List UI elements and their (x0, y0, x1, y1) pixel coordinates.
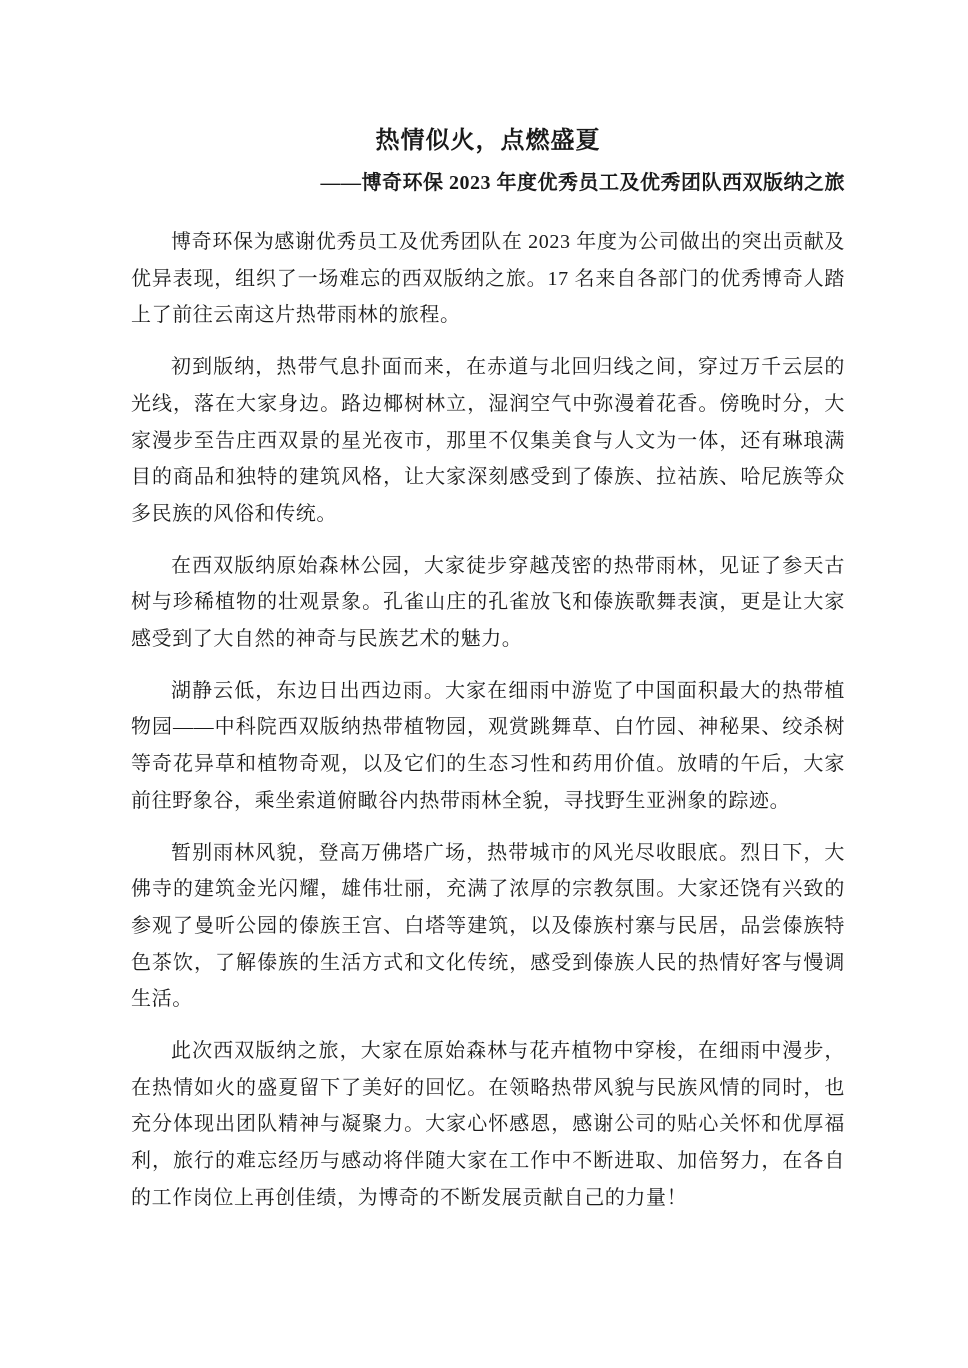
paragraph: 博奇环保为感谢优秀员工及优秀团队在 2023 年度为公司做出的突出贡献及优异表现… (131, 224, 845, 334)
paragraph: 暂别雨林风貌，登高万佛塔广场，热带城市的风光尽收眼底。烈日下，大佛寺的建筑金光闪… (131, 835, 845, 1019)
doc-body: 博奇环保为感谢优秀员工及优秀团队在 2023 年度为公司做出的突出贡献及优异表现… (131, 224, 845, 1217)
doc-title: 热情似火，点燃盛夏 (131, 126, 845, 157)
paragraph: 在西双版纳原始森林公园，大家徒步穿越茂密的热带雨林，见证了参天古树与珍稀植物的壮… (131, 548, 845, 658)
document-content: 热情似火，点燃盛夏 ——博奇环保 2023 年度优秀员工及优秀团队西双版纳之旅 … (131, 126, 845, 1232)
paragraph: 初到版纳，热带气息扑面而来，在赤道与北回归线之间，穿过万千云层的光线，落在大家身… (131, 349, 845, 533)
doc-subtitle: ——博奇环保 2023 年度优秀员工及优秀团队西双版纳之旅 (131, 169, 845, 198)
paragraph: 湖静云低，东边日出西边雨。大家在细雨中游览了中国面积最大的热带植物园——中科院西… (131, 673, 845, 820)
document-page: 热情似火，点燃盛夏 ——博奇环保 2023 年度优秀员工及优秀团队西双版纳之旅 … (0, 0, 968, 1368)
paragraph: 此次西双版纳之旅，大家在原始森林与花卉植物中穿梭，在细雨中漫步，在热情如火的盛夏… (131, 1033, 845, 1217)
